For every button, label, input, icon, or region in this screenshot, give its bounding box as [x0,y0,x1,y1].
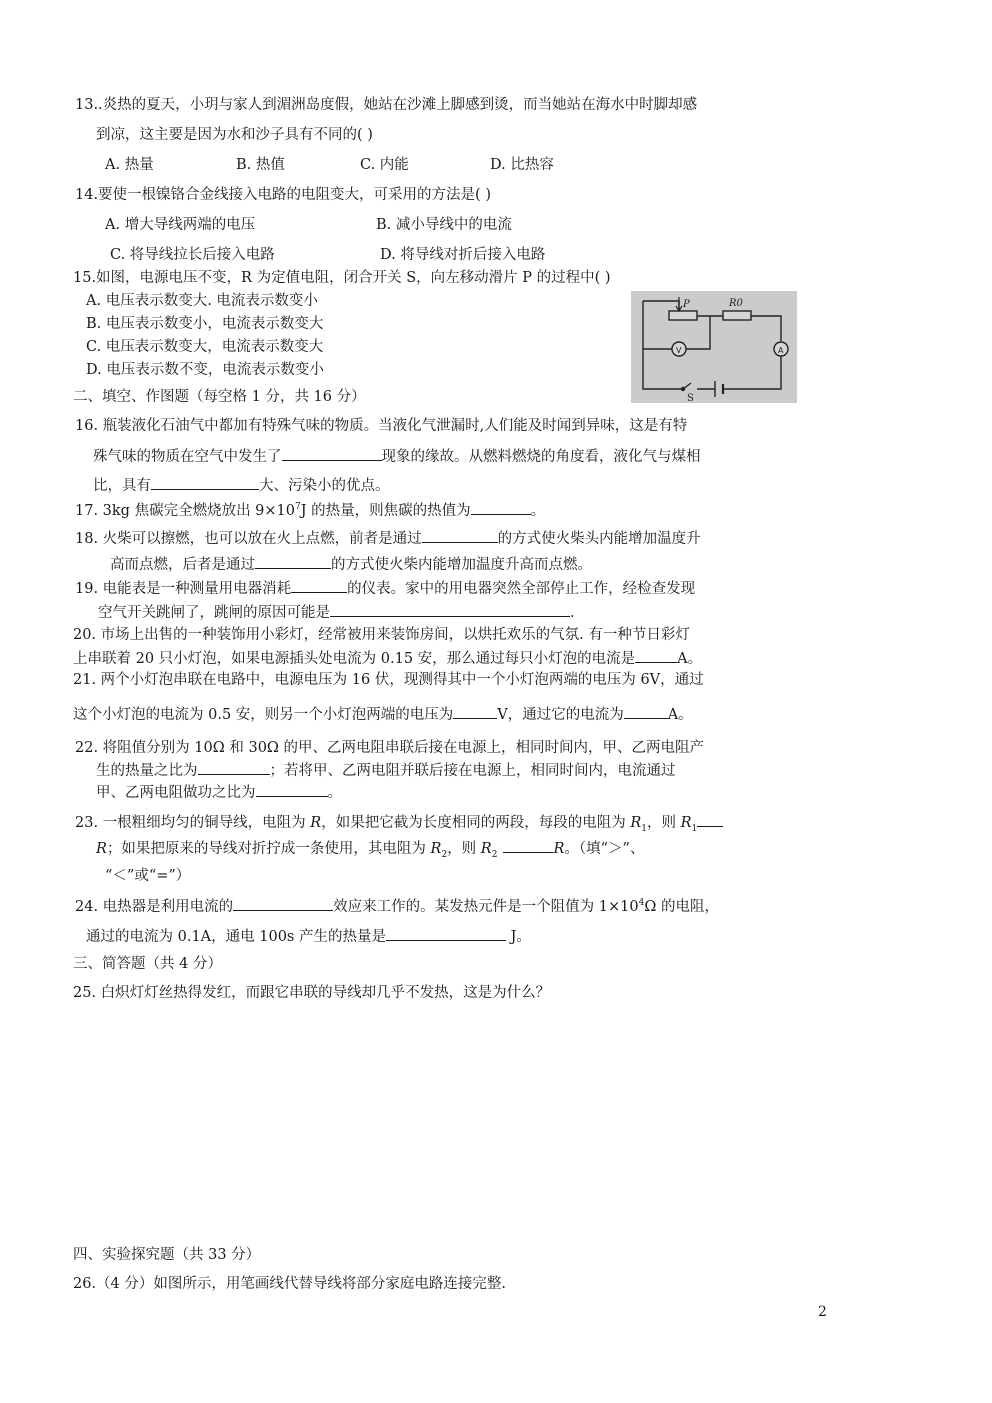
q16-line3: 比，具有大、污染小的优点。 [93,475,390,496]
q24-blank-1[interactable] [233,896,333,911]
q23-r-line2: R [96,841,107,857]
section2-title: 二、填空、作图题（每空格 1 分，共 16 分） [73,387,366,407]
q14-option-b: B. 减小导线中的电流 [376,215,512,235]
resistor-label: R0 [728,298,744,309]
q20-line2: 上串联着 20 只小灯泡，如果电源插头处电流为 0.15 安，那么通过每只小灯泡… [73,648,702,669]
q19-line1b: 的仪表。家中的用电器突然全部停止工作，经检查发现 [347,581,695,597]
q23-r-end: R [553,841,564,857]
q14-option-d: D. 将导线对折后接入电路 [380,245,545,265]
q16-blank-2[interactable] [151,475,259,490]
q16-line2: 殊气味的物质在空气中发生了现象的缘故。从燃料燃烧的角度看，液化气与煤相 [93,446,701,467]
q13-option-d: D. 比热容 [490,155,554,175]
q23-line1a: 23. 一根粗细均匀的铜导线，电阻为 [75,815,310,831]
q23-blank-2[interactable] [503,838,553,853]
q24-line1c: Ω 的电阻， [644,899,719,915]
slider-label: P [682,299,690,310]
q13-line1: 13..炎热的夏天，小玥与家人到湄洲岛度假，她站在沙滩上脚感到烫，而当她站在海水… [75,95,697,115]
q21-blank-1[interactable] [453,704,497,719]
q23-r: R [310,815,321,831]
q14-option-a: A. 增大导线两端的电压 [105,215,255,235]
q23-r2b: R [481,841,492,857]
q18-line2a: 高而点燃，后者是通过 [110,557,255,573]
page-number: 2 [818,1304,827,1320]
ammeter-label: A [778,346,784,355]
q18-blank-1[interactable] [422,528,498,543]
q13-option-c: C. 内能 [360,155,409,175]
q20-line2b: A。 [677,651,702,667]
q22-line3b: 。 [328,785,343,801]
switch-label: S [687,393,694,403]
q22-blank-2[interactable] [256,782,328,797]
q15-option-b: B. 电压表示数变小，电流表示数变大 [86,314,323,334]
q21-line2a: 这个小灯泡的电流为 0.5 安，则另一个小灯泡两端的电压为 [73,707,453,723]
q24-line1: 24. 电热器是利用电流的效应来工作的。某发热元件是一个阻值为 1×104Ω 的… [75,896,719,917]
q18-line1: 18. 火柴可以擦燃，也可以放在火上点燃，前者是通过的方式使火柴头内能增加温度升 [75,528,701,549]
q23-line3: “＜”或“=”） [105,866,190,886]
q13-option-b: B. 热值 [236,155,285,175]
q20-blank[interactable] [635,648,677,663]
q16-line1: 16. 瓶装液化石油气中都加有特殊气味的物质。当液化气泄漏时,人们能及时闻到异味… [75,416,687,436]
q17-blank[interactable] [471,500,531,515]
q17-b: J 的热量，则焦碳的热值为 [301,503,471,519]
q24-line2: 通过的电流为 0.1A，通电 100s 产生的热量是 J。 [86,926,531,947]
q23-line1b: ，如果把它截为长度相同的两段，每段的电阻为 [321,815,630,831]
q23-r1b: R [681,815,692,831]
q21-line2c: A。 [668,707,693,723]
q19-line2: 空气开关跳闸了，跳闸的原因可能是. [98,602,575,623]
q16-line3b: 大、污染小的优点。 [259,478,390,494]
q19-line1a: 19. 电能表是一种测量用电器消耗 [75,581,291,597]
q16-line2a: 殊气味的物质在空气中发生了 [93,449,282,465]
q23-line2c: ，则 [447,841,481,857]
q22-line2: 生的热量之比为；若将甲、乙两电阻并联后接在电源上，相同时间内，电流通过 [96,760,676,781]
q16-blank-1[interactable] [282,446,382,461]
q23-line2d: 。（填“＞”、 [564,841,644,857]
q23-sub2b: 2 [492,850,498,860]
q18-line1a: 18. 火柴可以擦燃，也可以放在火上点燃，前者是通过 [75,531,422,547]
q22-line3a: 甲、乙两电阻做功之比为 [96,785,256,801]
q18-line2b: 的方式使火柴内能增加温度升高而点燃。 [331,557,592,573]
q22-line2a: 生的热量之比为 [96,763,198,779]
q25-line1: 25. 白炽灯灯丝热得发红，而跟它串联的导线却几乎不发热，这是为什么？ [73,983,550,1003]
q19-line2a: 空气开关跳闸了，跳闸的原因可能是 [98,605,330,621]
q14-option-c: C. 将导线拉长后接入电路 [110,245,275,265]
q23-line2: R；如果把原来的导线对折拧成一条使用，其电阻为 R2，则 R2R。（填“＞”、 [96,838,644,859]
q17-a: 17. 3kg 焦碳完全燃烧放出 9×10 [75,503,295,519]
q22-line2b: ；若将甲、乙两电阻并联后接在电源上，相同时间内，电流通过 [270,763,676,779]
q19-line1: 19. 电能表是一种测量用电器消耗的仪表。家中的用电器突然全部停止工作，经检查发… [75,578,695,599]
q23-r2: R [431,841,442,857]
q24-line2b: J。 [506,929,531,945]
q26-line1: 26.（4 分）如图所示，用笔画线代替导线将部分家庭电路连接完整. [73,1274,506,1294]
q21-blank-2[interactable] [624,704,668,719]
q18-line2: 高而点燃，后者是通过的方式使火柴内能增加温度升高而点燃。 [110,554,592,575]
q23-line1c: ，则 [647,815,681,831]
q20-line1: 20. 市场上出售的一种装饰用小彩灯，经常被用来装饰房间，以烘托欢乐的气氛. 有… [73,625,690,645]
circuit-diagram-svg: P R0 V A S [631,291,797,403]
q13-line2: 到凉，这主要是因为水和沙子具有不同的( ) [96,125,373,145]
q23-line2b: ；如果把原来的导线对折拧成一条使用，其电阻为 [107,841,431,857]
q18-blank-2[interactable] [255,554,331,569]
section3-title: 三、简答题（共 4 分） [73,954,222,974]
q21-line1: 21. 两个小灯泡串联在电路中，电源电压为 16 伏，现测得其中一个小灯泡两端的… [73,670,704,690]
q22-blank-1[interactable] [198,760,270,775]
q14-line1: 14.要使一根镍铬合金线接入电路的电阻变大，可采用的方法是( ) [75,185,491,205]
q23-line1: 23. 一根粗细均匀的铜导线，电阻为 R，如果把它截为长度相同的两段，每段的电阻… [75,812,723,833]
q22-line3: 甲、乙两电阻做功之比为。 [96,782,342,803]
q15-option-a: A. 电压表示数变大. 电流表示数变小 [86,291,318,311]
q16-line3a: 比，具有 [93,478,151,494]
q16-line2b: 现象的缘故。从燃料燃烧的角度看，液化气与煤相 [382,449,701,465]
q15-option-c: C. 电压表示数变大，电流表示数变大 [86,337,323,357]
q24-line2a: 通过的电流为 0.1A，通电 100s 产生的热量是 [86,929,386,945]
q24-line1b: 效应来工作的。某发热元件是一个阻值为 1×10 [333,899,638,915]
q24-line1a: 24. 电热器是利用电流的 [75,899,233,915]
q19-blank-2[interactable] [330,602,570,617]
q21-line2: 这个小灯泡的电流为 0.5 安，则另一个小灯泡两端的电压为V，通过它的电流为A。 [73,704,693,725]
q22-line1: 22. 将阻值分别为 10Ω 和 30Ω 的甲、乙两电阻串联后接在电源上，相同时… [75,738,704,758]
q23-blank-1[interactable] [697,812,723,827]
q15-option-d: D. 电压表示数不变，电流表示数变小 [86,360,324,380]
q19-blank-1[interactable] [291,578,347,593]
q17-line: 17. 3kg 焦碳完全燃烧放出 9×107J 的热量，则焦碳的热值为。 [75,500,545,521]
voltmeter-label: V [676,346,682,355]
q24-blank-2[interactable] [386,926,506,941]
circuit-diagram: P R0 V A S [631,291,797,403]
q19-line2b: . [570,605,575,621]
q20-line2a: 上串联着 20 只小灯泡，如果电源插头处电流为 0.15 安，那么通过每只小灯泡… [73,651,635,667]
q18-line1b: 的方式使火柴头内能增加温度升 [498,531,701,547]
q15-line1: 15.如图，电源电压不变，R 为定值电阻，闭合开关 S，向左移动滑片 P 的过程… [73,268,611,288]
q21-line2b: V，通过它的电流为 [497,707,623,723]
q23-r1: R [630,815,641,831]
q17-c: 。 [531,503,546,519]
q25-answer-area[interactable] [73,1010,833,1235]
q13-option-a: A. 热量 [105,155,154,175]
section4-title: 四、实验探究题（共 33 分） [73,1245,260,1265]
